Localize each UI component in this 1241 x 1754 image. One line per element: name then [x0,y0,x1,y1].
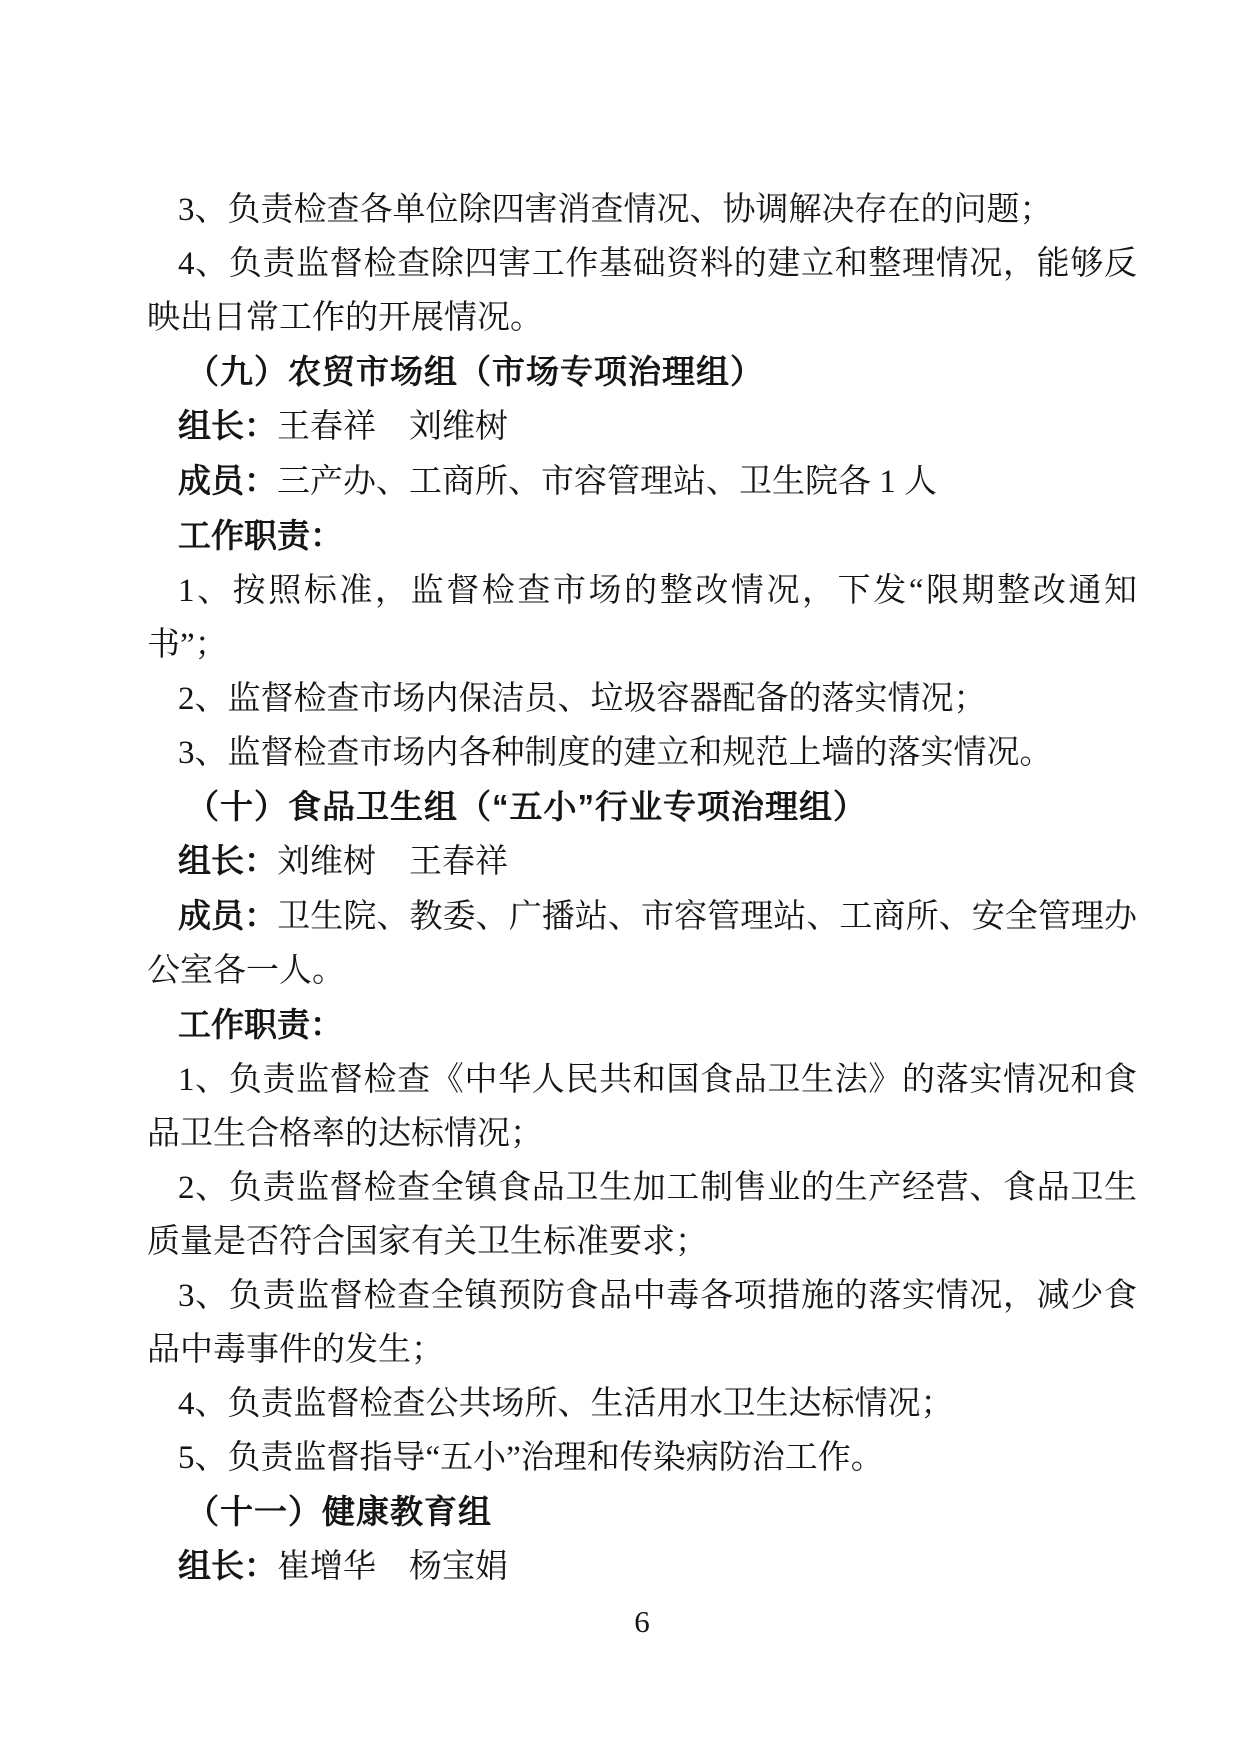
field-label: 组长： [178,842,277,879]
section-heading: （九）农贸市场组（市场专项治理组） [147,345,1137,399]
body-paragraph: 3、负责检查各单位除四害消查情况、协调解决存在的问题； [147,183,1137,237]
body-paragraph: 1、负责监督检查《中华人民共和国食品卫生法》的落实情况和食品卫生合格率的达标情况… [147,1053,1137,1161]
labeled-paragraph: 成员：卫生院、教委、广播站、市容管理站、工商所、安全管理办公室各一人。 [147,889,1137,998]
body-paragraph: 2、负责监督检查全镇食品卫生加工制售业的生产经营、食品卫生质量是否符合国家有关卫… [147,1161,1137,1269]
labeled-paragraph: 组长：崔增华 杨宝娟 [147,1539,1137,1594]
labeled-paragraph: 组长：刘维树 王春祥 [147,834,1137,889]
paragraph-text: 三产办、工商所、市容管理站、卫生院各 1 人 [277,464,937,500]
paragraph-text: 卫生院、教委、广播站、市容管理站、工商所、安全管理办公室各一人。 [147,899,1137,989]
paragraph-text: 崔增华 杨宝娟 [277,1549,508,1585]
paragraph-text: 2、监督检查市场内保洁员、垃圾容器配备的落实情况； [178,681,987,717]
paragraph-text: 3、负责检查各单位除四害消查情况、协调解决存在的问题； [178,192,1053,228]
labeled-paragraph: 成员：三产办、工商所、市容管理站、卫生院各 1 人 [147,454,1137,509]
paragraph-text: 王春祥 刘维树 [277,409,508,445]
field-label: 成员： [178,462,277,499]
section-heading: （十一）健康教育组 [147,1485,1137,1539]
body-paragraph: 3、负责监督检查全镇预防食品中毒各项措施的落实情况，减少食品中毒事件的发生； [147,1269,1137,1377]
paragraph-text: 刘维树 王春祥 [277,844,508,880]
field-label: 工作职责： [178,517,343,554]
paragraph-text: （十）食品卫生组（“五小”行业专项治理组） [186,788,867,825]
body-paragraph: 5、负责监督指导“五小”治理和传染病防治工作。 [147,1431,1137,1485]
paragraph-text: 5、负责监督指导“五小”治理和传染病防治工作。 [178,1440,884,1476]
body-paragraph: 4、负责监督检查除四害工作基础资料的建立和整理情况，能够反映出日常工作的开展情况… [147,237,1137,345]
paragraph-text: 1、按照标准，监督检查市场的整改情况，下发“限期整改通知书”； [147,573,1137,663]
paragraph-text: 2、负责监督检查全镇食品卫生加工制售业的生产经营、食品卫生质量是否符合国家有关卫… [147,1170,1137,1260]
field-label: 组长： [178,407,277,444]
page-number: 6 [147,1600,1137,1644]
field-label: 工作职责： [178,1006,343,1043]
labeled-paragraph: 工作职责： [147,509,1137,564]
paragraph-text: 3、负责监督检查全镇预防食品中毒各项措施的落实情况，减少食品中毒事件的发生； [147,1278,1137,1368]
paragraph-text: 4、负责监督检查公共场所、生活用水卫生达标情况； [178,1386,954,1422]
body-paragraph: 2、监督检查市场内保洁员、垃圾容器配备的落实情况； [147,672,1137,726]
paragraph-text: 3、监督检查市场内各种制度的建立和规范上墙的落实情况。 [178,735,1053,771]
paragraph-text: （九）农贸市场组（市场专项治理组） [186,353,764,390]
text-body: 3、负责检查各单位除四害消查情况、协调解决存在的问题；4、负责监督检查除四害工作… [147,183,1137,1594]
document-page: 3、负责检查各单位除四害消查情况、协调解决存在的问题；4、负责监督检查除四害工作… [0,0,1241,1754]
section-heading: （十）食品卫生组（“五小”行业专项治理组） [147,780,1137,834]
field-label: 组长： [178,1547,277,1584]
body-paragraph: 3、监督检查市场内各种制度的建立和规范上墙的落实情况。 [147,726,1137,780]
body-paragraph: 4、负责监督检查公共场所、生活用水卫生达标情况； [147,1377,1137,1431]
body-paragraph: 1、按照标准，监督检查市场的整改情况，下发“限期整改通知书”； [147,564,1137,672]
labeled-paragraph: 工作职责： [147,998,1137,1053]
paragraph-text: 4、负责监督检查除四害工作基础资料的建立和整理情况，能够反映出日常工作的开展情况… [147,246,1137,336]
labeled-paragraph: 组长：王春祥 刘维树 [147,399,1137,454]
paragraph-text: （十一）健康教育组 [186,1493,492,1530]
paragraph-text: 1、负责监督检查《中华人民共和国食品卫生法》的落实情况和食品卫生合格率的达标情况… [147,1062,1137,1152]
field-label: 成员： [178,897,277,934]
